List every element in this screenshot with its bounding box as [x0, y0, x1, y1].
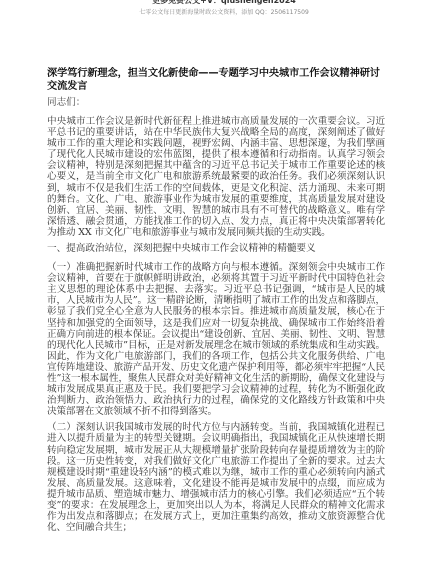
header-promo-line: 更多免费公文+V：qiushengen2024: [0, 0, 448, 6]
subsection-paragraph-1: （一）准确把握新时代城市工作的战略方向与根本遵循。深刻领会中央城市工作会议精神，…: [47, 262, 385, 417]
subsection-paragraph-2: （二）深刻认识我国城市发展的时代方位与内涵转变。当前，我国城镇化进程已进入以提升…: [47, 422, 385, 533]
document-body: 深学笃行新理念，担当文化新使命——专题学习中央城市工作会议精神研讨交流发言 同志…: [47, 68, 385, 538]
document-title: 深学笃行新理念，担当文化新使命——专题学习中央城市工作会议精神研讨交流发言: [47, 68, 385, 93]
header-subtitle-line: 七零公文每日更新海量时政公文资料，添加 QQ：2506117509: [0, 8, 448, 17]
page-header: 更多免费公文+V：qiushengen2024 七零公文每日更新海量时政公文资料…: [0, 0, 448, 17]
greeting: 同志们：: [47, 97, 385, 108]
section-heading-1: 一、提高政治站位，深刻把握中央城市工作会议精神的精髓要义: [47, 243, 385, 254]
intro-paragraph: 中央城市工作会议是新时代新征程上推进城市高质量发展的一次重要会议。习近平总书记的…: [47, 116, 385, 238]
